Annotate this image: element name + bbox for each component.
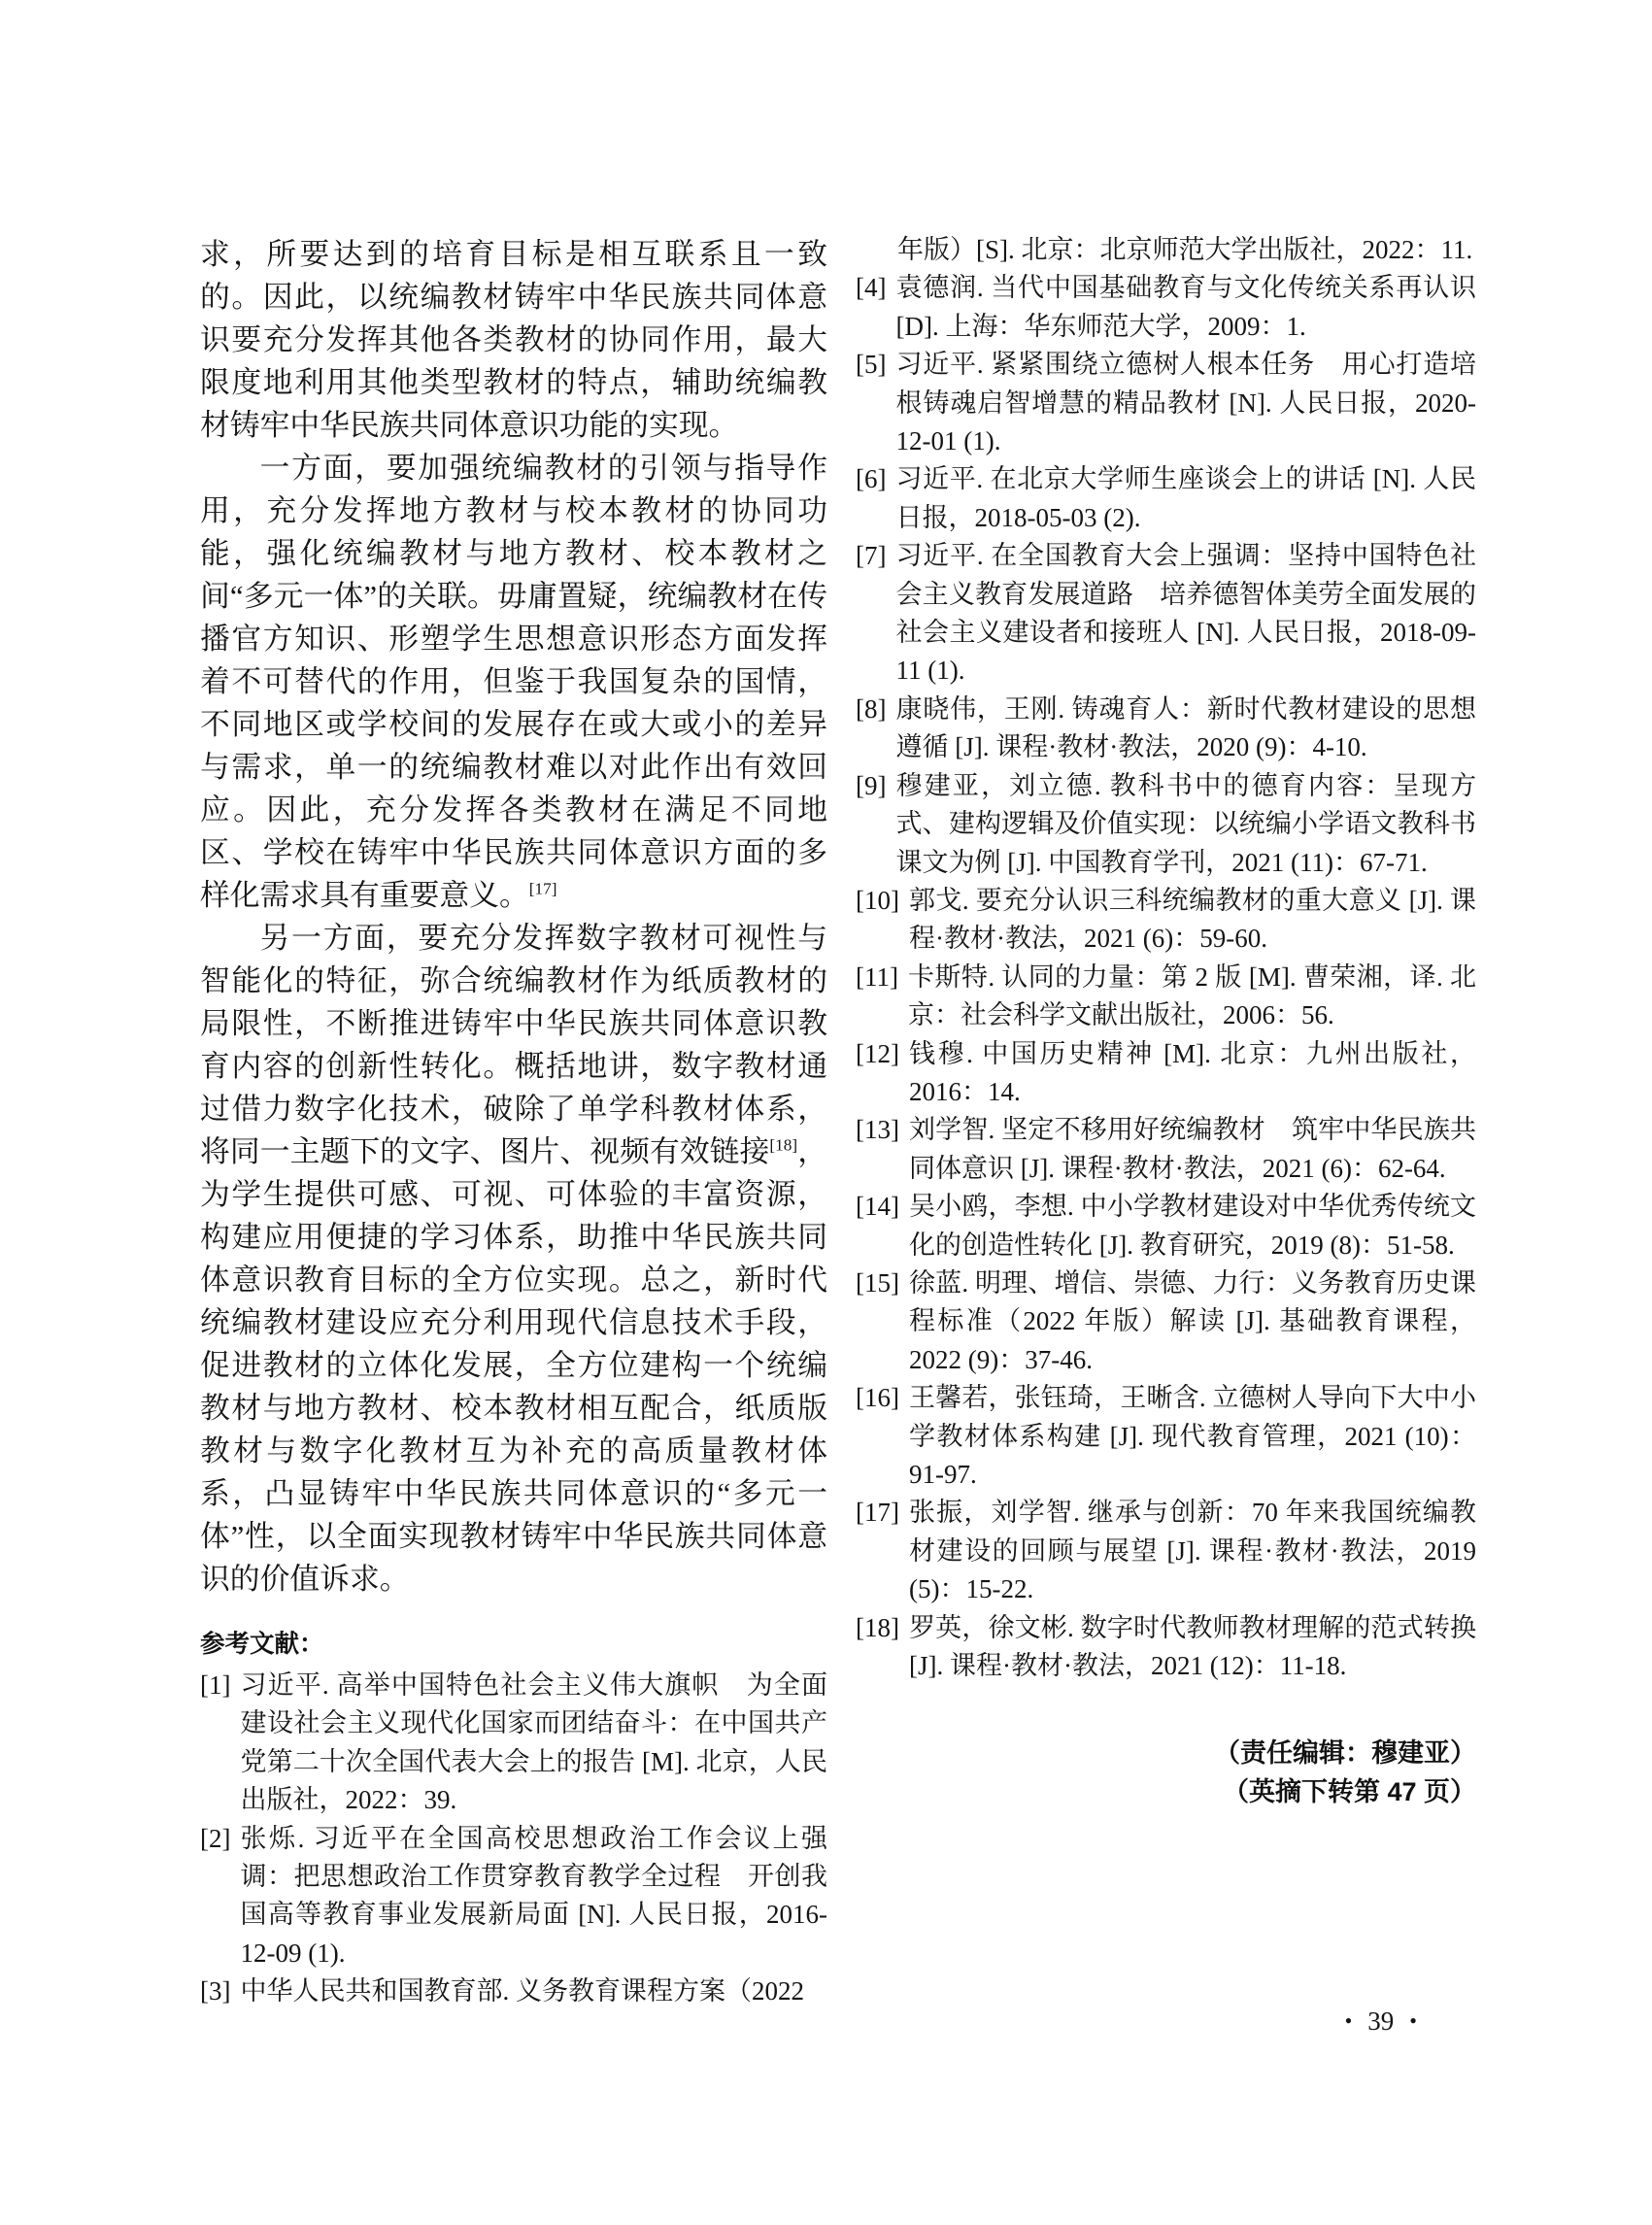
page-number: 39 [1367,2006,1394,2036]
reference-text: 郭戈. 要充分认识三科统编教材的重大意义 [J]. 课程·教材·教法，2021 … [909,882,1476,959]
reference-text: 卡斯特. 认同的力量：第 2 版 [M]. 曹荣湘，译. 北京：社会科学文献出版… [908,959,1476,1035]
reference-item: [8]康晓伟，王刚. 铸魂育人：新时代教材建设的思想遵循 [J]. 课程·教材·… [856,691,1476,767]
reference-item: [2]张烁. 习近平在全国高校思想政治工作会议上强调：把思想政治工作贯穿教育教学… [200,1820,827,1973]
reference-text: 罗英，徐文彬. 数字时代教师教材理解的范式转换 [J]. 课程·教材·教法，20… [909,1609,1476,1686]
reference-text: 王馨若，张钰琦，王晰含. 立德树人导向下大中小学教材体系构建 [J]. 现代教育… [909,1379,1476,1494]
body-paragraph-1: 求，所要达到的培育目标是相互联系且一致的。因此，以统编教材铸牢中华民族共同体意识… [200,233,827,447]
reference-item: [11]卡斯特. 认同的力量：第 2 版 [M]. 曹荣湘，译. 北京：社会科学… [856,959,1476,1035]
reference-item: [6]习近平. 在北京大学师生座谈会上的讲话 [N]. 人民日报，2018-05… [856,460,1476,537]
reference-text: 习近平. 在北京大学师生座谈会上的讲话 [N]. 人民日报，2018-05-03… [895,460,1476,537]
reference-label: [2] [200,1820,230,1973]
reference-item: [17]张振，刘学智. 继承与创新：70 年来我国统编教材建设的回顾与展望 [J… [856,1494,1476,1608]
reference-item: [15]徐蓝. 明理、增信、崇德、力行：义务教育历史课程标准（2022 年版）解… [856,1264,1476,1379]
reference-label: [6] [856,460,886,537]
english-abstract-note: （英摘下转第 47 页） [856,1772,1476,1811]
footer-bullet-right: • [1409,2008,1417,2033]
page-footer: •39• [1337,2005,1425,2038]
footer-bullet-left: • [1345,2008,1353,2033]
left-column: 求，所要达到的培育目标是相互联系且一致的。因此，以统编教材铸牢中华民族共同体意识… [200,233,827,2011]
paragraph-text: 一方面，要加强统编教材的引领与指导作用，充分发挥地方教材与校本教材的协同功能，强… [200,452,827,912]
reference-label: [16] [856,1379,899,1494]
references-heading: 参考文献： [200,1626,827,1663]
reference-item: [5]习近平. 紧紧围绕立德树人根本任务 用心打造培根铸魂启智增慧的精品教材 [… [856,346,1476,460]
reference-text: 中华人民共和国教育部. 义务教育课程方案（2022 [240,1972,827,2010]
reference-label: [7] [856,537,886,691]
reference-item: [14]吴小鸥，李想. 中小学教材建设对中华优秀传统文化的创造性转化 [J]. … [856,1188,1476,1264]
editor-note: （责任编辑：穆建亚） [856,1734,1476,1772]
citation-superscript-18: [18] [769,1136,797,1155]
journal-page: 求，所要达到的培育目标是相互联系且一致的。因此，以统编教材铸牢中华民族共同体意识… [0,0,1652,2225]
reference-text: 康晓伟，王刚. 铸魂育人：新时代教材建设的思想遵循 [J]. 课程·教材·教法，… [895,691,1476,767]
reference-text: 刘学智. 坚定不移用好统编教材 筑牢中华民族共同体意识 [J]. 课程·教材·教… [909,1111,1476,1188]
citation-superscript-17: [17] [529,880,557,898]
body-paragraph-3: 另一方面，要充分发挥数字教材可视性与智能化的特征，弥合统编教材作为纸质教材的局限… [200,917,827,1601]
paragraph-text: 另一方面，要充分发挥数字教材可视性与智能化的特征，弥合统编教材作为纸质教材的局限… [200,922,827,1168]
reference-label: [9] [856,767,886,882]
reference-label: [13] [856,1111,899,1188]
reference-label: [11] [856,959,898,1035]
reference-label: [1] [200,1667,230,1820]
reference-item: [4]袁德润. 当代中国基础教育与文化传统关系再认识 [D]. 上海：华东师范大… [856,269,1476,346]
reference-item: [13]刘学智. 坚定不移用好统编教材 筑牢中华民族共同体意识 [J]. 课程·… [856,1111,1476,1188]
reference-item: [18]罗英，徐文彬. 数字时代教师教材理解的范式转换 [J]. 课程·教材·教… [856,1609,1476,1686]
reference-label: [10] [856,882,899,959]
reference-text: 年版）[S]. 北京：北京师范大学出版社，2022：11. [897,231,1476,269]
reference-item: [16]王馨若，张钰琦，王晰含. 立德树人导向下大中小学教材体系构建 [J]. … [856,1379,1476,1494]
reference-label: [14] [856,1188,899,1264]
reference-item: [3]中华人民共和国教育部. 义务教育课程方案（2022 [200,1972,827,2010]
reference-item: [12]钱穆. 中国历史精神 [M]. 北京：九州出版社，2016：14. [856,1035,1476,1112]
reference-label: [8] [856,691,886,767]
reference-text: 张振，刘学智. 继承与创新：70 年来我国统编教材建设的回顾与展望 [J]. 课… [909,1494,1476,1608]
closing-notes: （责任编辑：穆建亚） （英摘下转第 47 页） [856,1734,1476,1811]
reference-item: [9]穆建亚，刘立德. 教科书中的德育内容：呈现方式、建构逻辑及价值实现：以统编… [856,767,1476,882]
reference-text: 习近平. 在全国教育大会上强调：坚持中国特色社会主义教育发展道路 培养德智体美劳… [895,537,1476,691]
reference-text: 张烁. 习近平在全国高校思想政治工作会议上强调：把思想政治工作贯穿教育教学全过程… [240,1820,827,1973]
reference-label: [4] [856,269,886,346]
reference-label: [12] [856,1035,899,1112]
body-paragraph-2: 一方面，要加强统编教材的引领与指导作用，充分发挥地方教材与校本教材的协同功能，强… [200,447,827,917]
reference-text: 徐蓝. 明理、增信、崇德、力行：义务教育历史课程标准（2022 年版）解读 [J… [909,1264,1476,1379]
reference-label: [17] [856,1494,899,1608]
reference-continuation: 年版）[S]. 北京：北京师范大学出版社，2022：11. [856,231,1476,269]
reference-label: [15] [856,1264,899,1379]
references-list-left: [1]习近平. 高举中国特色社会主义伟大旗帜 为全面建设社会主义现代化国家而团结… [200,1667,827,2011]
reference-item: [7]习近平. 在全国教育大会上强调：坚持中国特色社会主义教育发展道路 培养德智… [856,537,1476,691]
right-column: 年版）[S]. 北京：北京师范大学出版社，2022：11. [4]袁德润. 当代… [856,231,1476,1811]
reference-label: [3] [200,1972,230,2010]
reference-label: [18] [856,1609,899,1686]
reference-text: 袁德润. 当代中国基础教育与文化传统关系再认识 [D]. 上海：华东师范大学，2… [895,269,1476,346]
reference-label: [5] [856,346,886,460]
reference-text: 穆建亚，刘立德. 教科书中的德育内容：呈现方式、建构逻辑及价值实现：以统编小学语… [895,767,1476,882]
reference-item: [1]习近平. 高举中国特色社会主义伟大旗帜 为全面建设社会主义现代化国家而团结… [200,1667,827,1820]
reference-text: 吴小鸥，李想. 中小学教材建设对中华优秀传统文化的创造性转化 [J]. 教育研究… [909,1188,1476,1264]
paragraph-text: ，为学生提供可感、可视、可体验的丰富资源，构建应用便捷的学习体系，助推中华民族共… [200,1135,827,1596]
reference-text: 钱穆. 中国历史精神 [M]. 北京：九州出版社，2016：14. [909,1035,1476,1112]
reference-text: 习近平. 高举中国特色社会主义伟大旗帜 为全面建设社会主义现代化国家而团结奋斗：… [240,1667,827,1820]
reference-item: [10]郭戈. 要充分认识三科统编教材的重大意义 [J]. 课程·教材·教法，2… [856,882,1476,959]
references-list-right: 年版）[S]. 北京：北京师范大学出版社，2022：11. [4]袁德润. 当代… [856,231,1476,1685]
reference-text: 习近平. 紧紧围绕立德树人根本任务 用心打造培根铸魂启智增慧的精品教材 [N].… [895,346,1476,460]
